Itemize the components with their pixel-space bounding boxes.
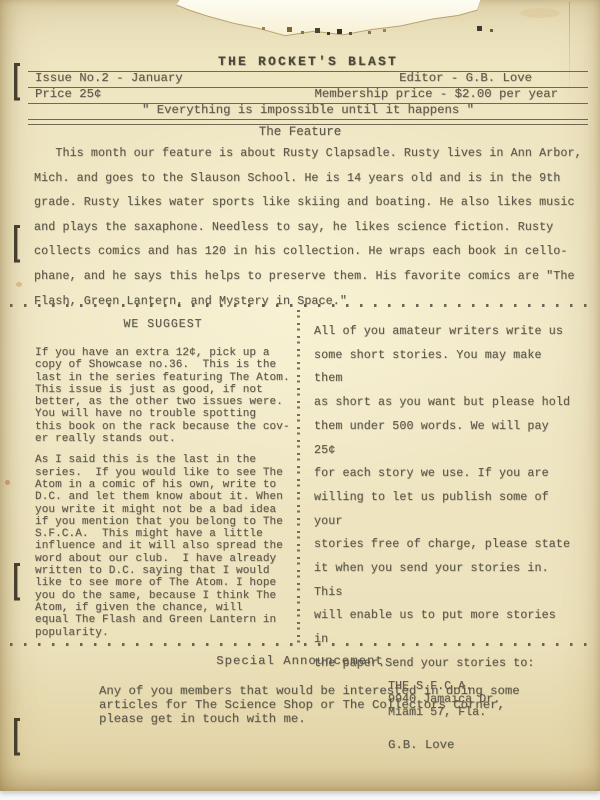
price-label: Price 25¢ — [35, 88, 101, 101]
we-suggest-paragraph-2: As I said this is the last in the series… — [35, 454, 291, 638]
motto: " Everything is impossible until it happ… — [28, 104, 588, 117]
staple-icon — [12, 564, 18, 600]
we-suggest-heading: WE SUGGEST — [35, 318, 291, 331]
we-suggest-paragraph-1: If you have an extra 12¢, pick up a copy… — [35, 347, 291, 445]
masthead-row-price: Price 25¢ Membership price - $2.00 per y… — [28, 88, 588, 101]
paper-stain — [5, 480, 10, 485]
announcement-body: Any of you members that would be interes… — [99, 685, 569, 726]
tear-smudge-marks — [0, 0, 3, 3]
fanzine-page: THE ROCKET'S BLAST Issue No.2 - January … — [0, 0, 600, 791]
staple-icon — [12, 64, 18, 100]
paper-stain — [16, 282, 22, 287]
masthead-rule — [28, 119, 588, 120]
stories-paragraph: All of you amateur writers write us some… — [314, 320, 576, 676]
editor-label: Editor - G.B. Love — [399, 72, 532, 85]
announcement-heading: Special Announcement — [0, 654, 600, 668]
membership-label: Membership price - $2.00 per year — [314, 88, 558, 101]
masthead-row-issue: Issue No.2 - January Editor - G.B. Love — [28, 72, 588, 85]
page-title: THE ROCKET'S BLAST — [28, 54, 588, 69]
we-suggest-column: WE SUGGEST If you have an extra 12¢, pic… — [35, 318, 291, 639]
feature-body: This month our feature is about Rusty Cl… — [34, 141, 582, 313]
tear-shape — [170, 0, 490, 44]
masthead: THE ROCKET'S BLAST Issue No.2 - January … — [28, 54, 588, 125]
feature-heading: The Feature — [0, 125, 600, 139]
staple-icon — [12, 719, 18, 755]
signature: G.B. Love — [388, 738, 454, 752]
torn-paper-area — [0, 0, 600, 48]
dotted-separator-top — [10, 304, 588, 307]
column-divider — [297, 310, 300, 648]
staple-icon — [12, 226, 18, 262]
dotted-separator-bottom — [10, 643, 588, 646]
paper-stain — [520, 8, 560, 18]
issue-label: Issue No.2 - January — [35, 72, 183, 85]
